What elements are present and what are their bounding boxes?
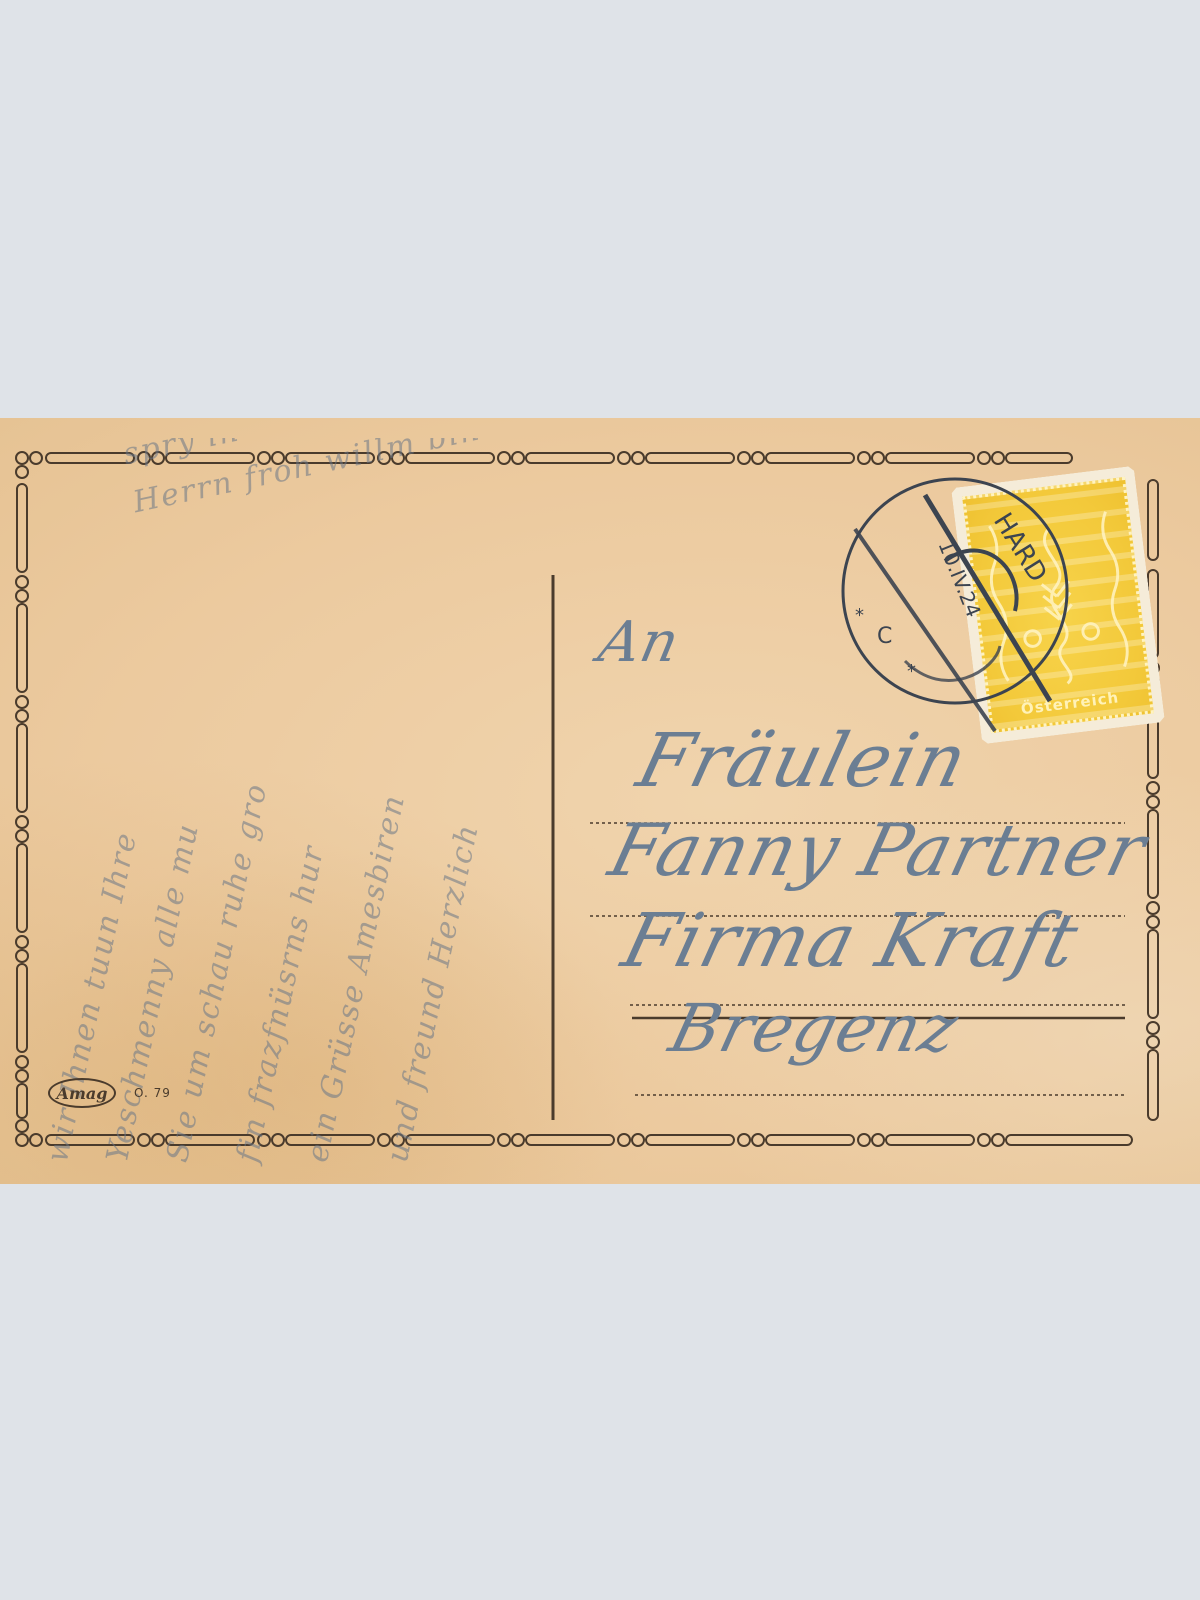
postage-stamp: Österreich <box>951 466 1165 745</box>
address-salutation: An <box>593 610 685 675</box>
address-line-title: Fräulein <box>629 718 976 804</box>
publisher-mark: Amag O. 79 <box>48 1078 171 1108</box>
address-line-company: Firma Kraft <box>614 898 1087 984</box>
stamp-design: Österreich <box>962 477 1154 733</box>
address-line-city: Bregenz <box>662 990 966 1067</box>
series-code: O. 79 <box>134 1086 171 1100</box>
border-right <box>1147 480 1159 1120</box>
address-line-name: Fanny Partner <box>602 808 1155 892</box>
handwritten-message: spry in Lerbüch Herrn froh willm bin wir… <box>30 438 550 1168</box>
postcard-address-side: spry in Lerbüch Herrn froh willm bin wir… <box>0 418 1200 1184</box>
border-left <box>16 466 28 1132</box>
publisher-logo: Amag <box>48 1078 116 1108</box>
